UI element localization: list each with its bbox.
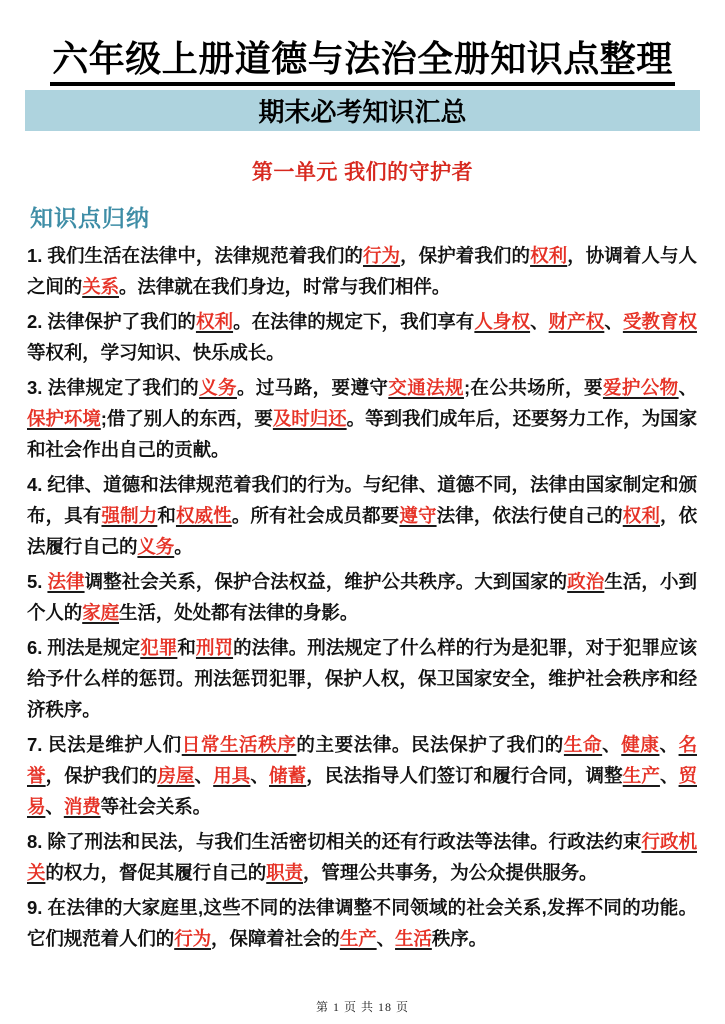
point-text: ;在公共场所，要 — [464, 377, 603, 398]
section-heading: 知识点归纳 — [30, 200, 725, 233]
point-text: 。法律就在我们身边，时常与我们相伴。 — [119, 276, 450, 297]
keyword-highlight: 人身权 — [474, 311, 530, 332]
point-text: 5. — [27, 571, 47, 592]
keyword-highlight: 交通法规 — [388, 377, 464, 398]
point-text: 、 — [530, 311, 549, 332]
knowledge-point: 4. 纪律、道德和法律规范着我们的行为。与纪律、道德不同，法律由国家制定和颁布，… — [27, 469, 697, 562]
page-title: 六年级上册道德与法治全册知识点整理 — [50, 38, 675, 86]
keyword-highlight: 爱护公物 — [603, 377, 679, 398]
point-text: 调整社会关系，保护合法权益，维护公共秩序。大到国家的 — [85, 571, 568, 592]
point-text: 1. 我们生活在法律中，法律规范着我们的 — [27, 245, 363, 266]
keyword-highlight: 关系 — [82, 276, 119, 297]
point-text: ，管理公共事务，为公众提供服务。 — [303, 862, 597, 883]
point-text: 的权力，督促其履行自己的 — [45, 862, 266, 883]
keyword-highlight: 日常生活秩序 — [182, 734, 297, 755]
point-text: 和 — [177, 637, 196, 658]
keyword-highlight: 法律 — [47, 571, 84, 592]
keyword-highlight: 刑罚 — [196, 637, 233, 658]
keyword-highlight: 受教育权 — [623, 311, 697, 332]
keyword-highlight: 行为 — [174, 928, 211, 949]
knowledge-point: 1. 我们生活在法律中，法律规范着我们的行为，保护着我们的权利，协调着人与人之间… — [27, 240, 697, 302]
knowledge-point: 9. 在法律的大家庭里,这些不同的法律调整不同领域的社会关系,发挥不同的功能。它… — [27, 892, 697, 954]
keyword-highlight: 义务 — [137, 536, 174, 557]
keyword-highlight: 职责 — [266, 862, 303, 883]
keyword-highlight: 生活 — [395, 928, 432, 949]
keyword-highlight: 遵守 — [399, 505, 436, 526]
keyword-highlight: 储蓄 — [269, 765, 306, 786]
keyword-highlight: 权威性 — [176, 505, 232, 526]
point-text: 7. 民法是维护人们 — [27, 734, 182, 755]
point-text: 、 — [195, 765, 214, 786]
keyword-highlight: 犯罪 — [140, 637, 177, 658]
knowledge-point: 7. 民法是维护人们日常生活秩序的主要法律。民法保护了我们的生命、健康、名誉，保… — [27, 729, 697, 822]
keyword-highlight: 保护环境 — [27, 408, 101, 429]
point-text: 秩序。 — [432, 928, 487, 949]
subtitle-text: 期末必考知识汇总 — [258, 92, 466, 129]
point-text: 等权利，学习知识、快乐成长。 — [27, 342, 285, 363]
keyword-highlight: 消费 — [64, 796, 101, 817]
keyword-highlight: 健康 — [621, 734, 659, 755]
knowledge-point: 6. 刑法是规定犯罪和刑罚的法律。刑法规定了什么样的行为是犯罪，对于犯罪应该给予… — [27, 632, 697, 725]
point-text: 、 — [602, 734, 621, 755]
point-text: 、 — [659, 734, 678, 755]
keyword-highlight: 及时归还 — [273, 408, 347, 429]
document-page: 六年级上册道德与法治全册知识点整理 期末必考知识汇总 第一单元 我们的守护者 知… — [0, 0, 725, 1024]
keyword-highlight: 财产权 — [549, 311, 605, 332]
point-text: 、 — [604, 311, 623, 332]
point-text: 等社会关系。 — [101, 796, 211, 817]
keyword-highlight: 房屋 — [157, 765, 194, 786]
point-text: ;借了别人的东西，要 — [101, 408, 273, 429]
point-text: 。所有社会成员都要 — [232, 505, 400, 526]
keyword-highlight: 义务 — [199, 377, 237, 398]
point-text: 。在法律的规定下，我们享有 — [233, 311, 474, 332]
point-text: 生活，处处都有法律的身影。 — [119, 602, 358, 623]
keyword-highlight: 生产 — [623, 765, 660, 786]
keyword-highlight: 行为 — [363, 245, 400, 266]
keyword-highlight: 用具 — [213, 765, 250, 786]
point-text: 2. 法律保护了我们的 — [27, 311, 196, 332]
keyword-highlight: 权利 — [623, 505, 660, 526]
subtitle-band: 期末必考知识汇总 — [25, 90, 700, 131]
point-text: 法律，依法行使自己的 — [437, 505, 623, 526]
point-text: ，保障着社会的 — [211, 928, 340, 949]
point-text: 。过马路，要遵守 — [237, 377, 388, 398]
keyword-highlight: 权利 — [196, 311, 233, 332]
point-text: 的主要法律。民法保护了我们的 — [296, 734, 564, 755]
knowledge-point: 2. 法律保护了我们的权利。在法律的规定下，我们享有人身权、财产权、受教育权等权… — [27, 306, 697, 368]
keyword-highlight: 权利 — [530, 245, 567, 266]
knowledge-points-list: 1. 我们生活在法律中，法律规范着我们的行为，保护着我们的权利，协调着人与人之间… — [27, 240, 697, 954]
keyword-highlight: 生命 — [564, 734, 602, 755]
keyword-highlight: 强制力 — [101, 505, 157, 526]
page-number: 第 1 页 共 18 页 — [0, 998, 725, 1015]
point-text: 、 — [45, 796, 63, 817]
point-text: 、 — [660, 765, 679, 786]
point-text: ，保护我们的 — [46, 765, 158, 786]
point-text: 、 — [377, 928, 395, 949]
keyword-highlight: 家庭 — [82, 602, 119, 623]
keyword-highlight: 生产 — [340, 928, 377, 949]
point-text: 、 — [679, 377, 697, 398]
keyword-highlight: 政治 — [567, 571, 604, 592]
point-text: 和 — [157, 505, 176, 526]
title-row: 六年级上册道德与法治全册知识点整理 — [0, 0, 725, 86]
point-text: ，保护着我们的 — [400, 245, 530, 266]
point-text: 8. 除了刑法和民法，与我们生活密切相关的还有行政法等法律。行政法约束 — [27, 831, 641, 852]
point-text: 、 — [250, 765, 269, 786]
point-text: ，民法指导人们签订和履行合同，调整 — [306, 765, 622, 786]
knowledge-point: 8. 除了刑法和民法，与我们生活密切相关的还有行政法等法律。行政法约束行政机关的… — [27, 826, 697, 888]
unit-heading: 第一单元 我们的守护者 — [0, 156, 725, 186]
point-text: 3. 法律规定了我们的 — [27, 377, 199, 398]
knowledge-point: 3. 法律规定了我们的义务。过马路，要遵守交通法规;在公共场所，要爱护公物、保护… — [27, 372, 697, 465]
point-text: 。 — [174, 536, 192, 557]
point-text: 6. 刑法是规定 — [27, 637, 140, 658]
knowledge-point: 5. 法律调整社会关系，保护合法权益，维护公共秩序。大到国家的政治生活，小到个人… — [27, 566, 697, 628]
